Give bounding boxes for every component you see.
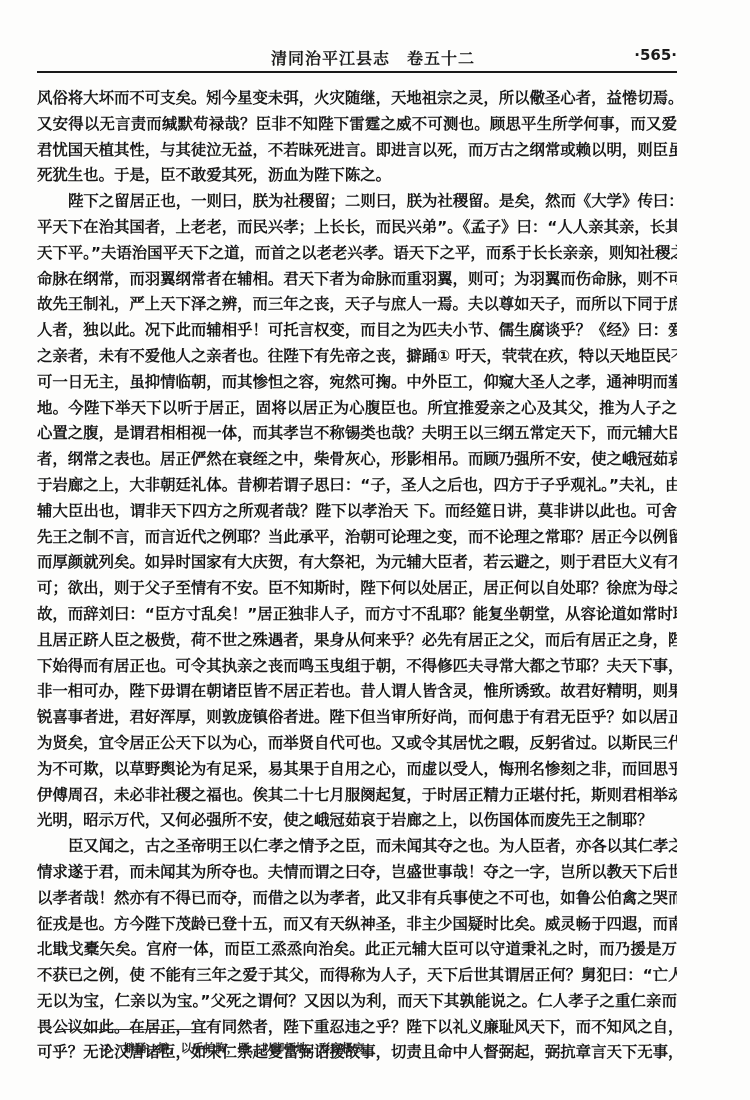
text-line: 君忧国天植其性，与其徒泣无益，不若昧死进言。即进言以死，而万古之纲常或赖以明，则… <box>37 138 677 164</box>
text-line: 情求遂于君，而未闻其为所夺也。夫情而谓之曰夺，岂盛世事哉！夺之一字，岂所以教天下… <box>37 860 677 886</box>
text-line: 命脉在纲常，而羽翼纲常者在辅相。君天下者为命脉而重羽翼，则可；为羽翼而伤命脉，则… <box>37 267 677 293</box>
header-rule <box>37 71 677 73</box>
footnote-rule <box>57 1029 207 1030</box>
text-line: 之亲者，未有不爱他人之亲者也。往陛下有先帝之丧，擗踊① 吁天，茕茕在疚，特以天地… <box>37 344 677 370</box>
text-line: 为不可欺，以草野舆论为有足采，易其果于自用之心，而虚以受人，悔刑名惨刻之非，而回… <box>37 757 677 783</box>
text-line: 故先王制礼，严上天下泽之辨，而三年之丧，天子与庶人一焉。夫以尊如天子，而所以下同… <box>37 292 677 318</box>
text-line: 故，而辞刘曰：“臣方寸乱矣！”居正独非人子，而方寸不乱耶？能复坐朝堂，从容论道如… <box>37 602 677 628</box>
text-line: 光明，昭示万代，又何必强所不安，使之峨冠茹哀于岩廊之上，以伤国体而废先王之制耶？ <box>37 808 677 834</box>
text-line: 下始得而有居正也。可令其执亲之丧而鸣玉曳组于朝，不得修匹夫寻常大都之节耶？夫天下… <box>37 654 677 680</box>
text-line: 畏公议如此。在居正，宜有同然者，陛下重忍违之乎？陛下以礼义廉耻风天下，而不知风之… <box>37 1015 677 1041</box>
text-line: 非一相可办，陛下毋谓在朝诸臣皆不居正若也。昔人谓人皆含灵，惟所诱致。故君好精明，… <box>37 679 677 705</box>
text-line: 而厚颜就列矣。如异时国家有大庆贺，有大祭祀，为元辅大臣者，若云避之，则于君臣大义… <box>37 550 677 576</box>
text-line: 北戢戈橐矢矣。宫府一体，而臣工烝烝向治矣。此正元辅大臣可以守道秉礼之时，而乃援是… <box>37 937 677 963</box>
book-page: 清同治平江县志 卷五十二 ·565· 风俗将大坏而不可支矣。矧今星变未弭，火灾随… <box>0 0 750 1100</box>
text-line: 不获已之例，使 不能有三年之爱于其父，而得称为人子，天下后世其谓居正何？舅犯曰：… <box>37 963 677 989</box>
text-line: 天下平。”夫语治国平天下之道，而首之以老老兴孝。语天下之平，而系于长长亲亲，则知… <box>37 241 677 267</box>
page-number: ·565· <box>634 46 677 64</box>
text-line: 以孝者哉！然亦有不得已而夺，而借之以为孝者，此又非有兵事使之不可也，如鲁公伯禽之… <box>37 886 677 912</box>
text-line: 先王之制不言，而言近代之例耶？当此承平，治朝可论理之变，而不论理之常耶？居正今以… <box>37 525 677 551</box>
text-line: 死犹生也。于是，臣不敢爱其死，沥血为陛下陈之。 <box>37 163 677 189</box>
body-text: 风俗将大坏而不可支矣。矧今星变未弭，火灾随继，天地祖宗之灵，所以儆圣心者，益惓切… <box>37 86 677 1066</box>
text-line: 锐喜事者进，君好浑厚，则敦庞镇俗者进。陛下但当审所好尚，而何患于有君无臣乎？如以… <box>37 705 677 731</box>
text-line: 伊傅周召，未必非社稷之福也。俟其二十七月服阕起复，于时居正精力正堪付托，斯则君相… <box>37 783 677 809</box>
text-line: 辅大臣出也，谓非天下四方之所观者哉？陛下以孝治天 下。而经筵日讲，莫非讲以此也。… <box>37 499 677 525</box>
text-line: 平天下在治其国者，上老老，而民兴孝；上长长，而民兴弟”。《孟子》曰：“人人亲其亲… <box>37 215 677 241</box>
text-line: 风俗将大坏而不可支矣。矧今星变未弭，火灾随继，天地祖宗之灵，所以儆圣心者，益惓切… <box>37 86 677 112</box>
text-line: 人者，独以此。况下此而辅相乎！可托言权变，而目之为匹夫小节、儒生腐谈乎？《经》曰… <box>37 318 677 344</box>
text-line: 又安得以无言责而缄默苟禄哉？臣非不知陛下雷霆之威不可测也。顾思平生所学何事，而又… <box>37 112 677 138</box>
running-title: 清同治平江县志 卷五十二 <box>271 46 475 69</box>
text-line: 可；欲出，则于父子至情有不安。臣不知斯时，陛下何以处居正，居正何以自处耶？徐庶为… <box>37 576 677 602</box>
text-line: 地。今陛下举天下以听于居正，固将以居正为心腹臣也。所宜推爱亲之心及其父，推为人子… <box>37 396 677 422</box>
text-line: 可一日无主，虽抑情临朝，而其惨怛之容，宛然可掬。中外臣工，仰窥大圣人之孝，通神明… <box>37 370 677 396</box>
text-line: 征戎是也。方今陛下茂龄已登十五，而又有天纵神圣，非主少国疑时比矣。威灵畅于四遐，… <box>37 912 677 938</box>
text-line: 者，纲常之表也。居正俨然在衰绖之中，柴骨灰心，形影相吊。而顾乃强所不安，使之峨冠… <box>37 447 677 473</box>
page-header: 清同治平江县志 卷五十二 ·565· <box>37 40 677 70</box>
text-line: 臣又闻之，古之圣帝明王以仁孝之情予之臣，而未闻其夺之也。为人臣者，亦各以其仁孝之 <box>37 834 677 860</box>
text-line: 为贤矣，宜令居正公天下以为心，而举贤自代可也。又或令其居忧之暇，反躬省过。以斯民… <box>37 731 677 757</box>
text-line: 无以为宝，仁亲以为宝。”父死之谓何？又因以为利，而天下其孰能说之。仁人孝子之重仁… <box>37 989 677 1015</box>
text-line: 于岩廊之上，大非朝廷礼体。昔柳若谓子思曰：“子，圣人之后也，四方于子乎观礼。”夫… <box>37 473 677 499</box>
footnote: ① 擗踊：擗，以手拍胸，踊，以脚顿地。形容极哀。 <box>102 1040 376 1056</box>
text-line: 且居正跻人臣之极赀，荷不世之殊遇者，果身从何来乎？必先有居正之父，而后有居正之身… <box>37 628 677 654</box>
text-line: 心置之腹，是谓君相相视一体，而其孝岂不称锡类也哉？夫明王以三纲五常定天下，而元辅… <box>37 421 677 447</box>
text-line: 陛下之留居正也，一则曰，朕为社稷留；二则曰，朕为社稷留。是矣，然而《大学》传曰：… <box>37 189 677 215</box>
